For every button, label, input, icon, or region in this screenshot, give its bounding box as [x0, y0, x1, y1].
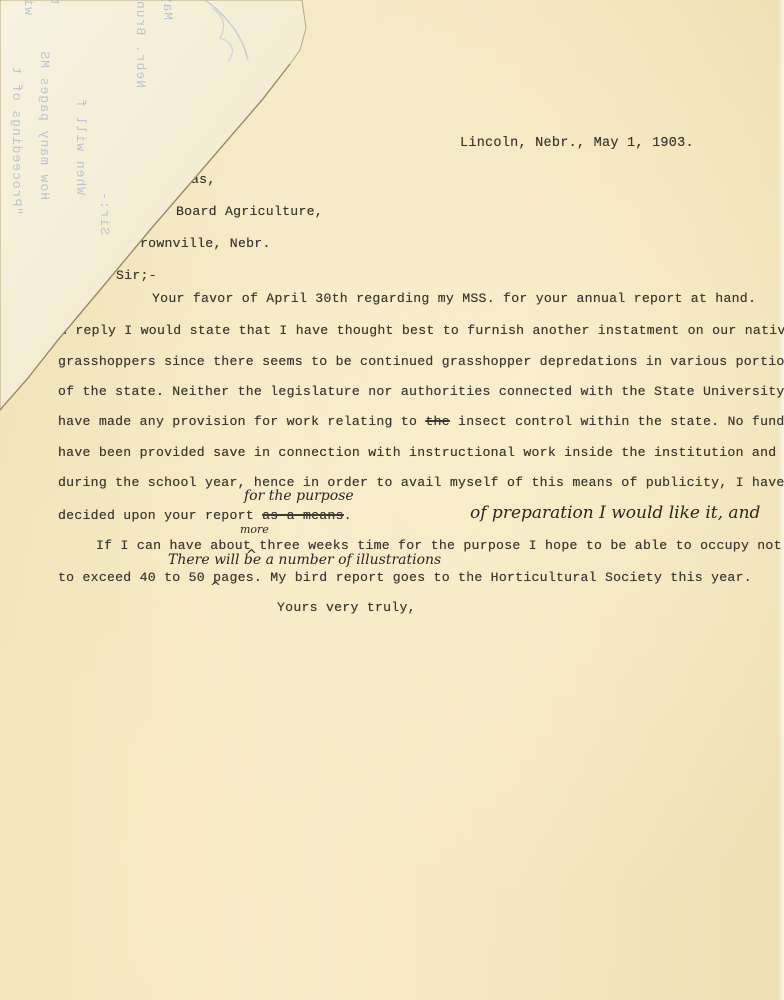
- ghost-line-1: May 1: [160, 0, 175, 20]
- body-p1-line-7: during the school year, hence in order t…: [58, 475, 784, 490]
- ghost-line-2: Nebr. Brunner,: [133, 0, 148, 88]
- body-p1-line-5a: have made any provision for work relatin…: [58, 414, 425, 429]
- body-p1-line-2: n reply I would state that I have though…: [59, 323, 784, 338]
- closing: Yours very truly,: [277, 600, 416, 615]
- body-p2-line-2: to exceed 40 to 50 pages. My bird report…: [58, 570, 752, 585]
- body-p1-line-4: of the state. Neither the legislature no…: [58, 384, 784, 399]
- addressee-line-2: Board Agriculture,: [176, 204, 323, 219]
- body-p1-line-5b: insect control within the state. No fund…: [450, 414, 784, 429]
- addressee-line-1: as,: [191, 172, 216, 187]
- handwritten-more: more: [240, 523, 269, 536]
- addressee-line-3: rownville, Nebr.: [140, 236, 271, 251]
- body-p1-line-8b: .: [344, 508, 352, 523]
- ghost-line-4: will it require: [21, 0, 36, 15]
- handwritten-illustrations: There will be a number of illustrations: [168, 552, 441, 568]
- ghost-line-3: the Ornithological Un: [47, 0, 62, 5]
- ghost-line-6: How many pages MS: [37, 50, 52, 200]
- body-p1-line-8: decided upon your report as a means.: [58, 508, 352, 523]
- ghost-line-8: Sir:-: [97, 191, 112, 235]
- handwritten-of-preparation: of preparation I would like it, and: [470, 503, 760, 523]
- body-p1-line-8a: decided upon your report: [58, 508, 262, 523]
- body-p1-line-1: Your favor of April 30th regarding my MS…: [152, 291, 756, 306]
- struck-word-the: the: [425, 414, 450, 429]
- letter-page: Lincoln, Nebr., May 1, 1903. as, Board A…: [0, 0, 784, 1000]
- dateline: Lincoln, Nebr., May 1, 1903.: [460, 136, 694, 151]
- page-edge: [778, 0, 784, 1000]
- body-p1-line-3: grasshoppers since there seems to be con…: [58, 354, 784, 369]
- body-p1-line-6: have been provided save in connection wi…: [58, 445, 776, 460]
- salutation: Sir;-: [116, 268, 157, 283]
- body-p2-line-1: If I can have about three weeks time for…: [96, 538, 782, 553]
- struck-phrase-as-a-means: as a means: [262, 508, 344, 523]
- handwritten-for-the-purpose: for the purpose: [244, 488, 354, 504]
- ghost-line-5: When will f: [73, 98, 88, 195]
- body-p1-line-5: have made any provision for work relatin…: [58, 414, 784, 429]
- insertion-caret-illustrations: ^: [210, 580, 221, 595]
- ghost-line-7: "Proceedings of t: [9, 65, 24, 215]
